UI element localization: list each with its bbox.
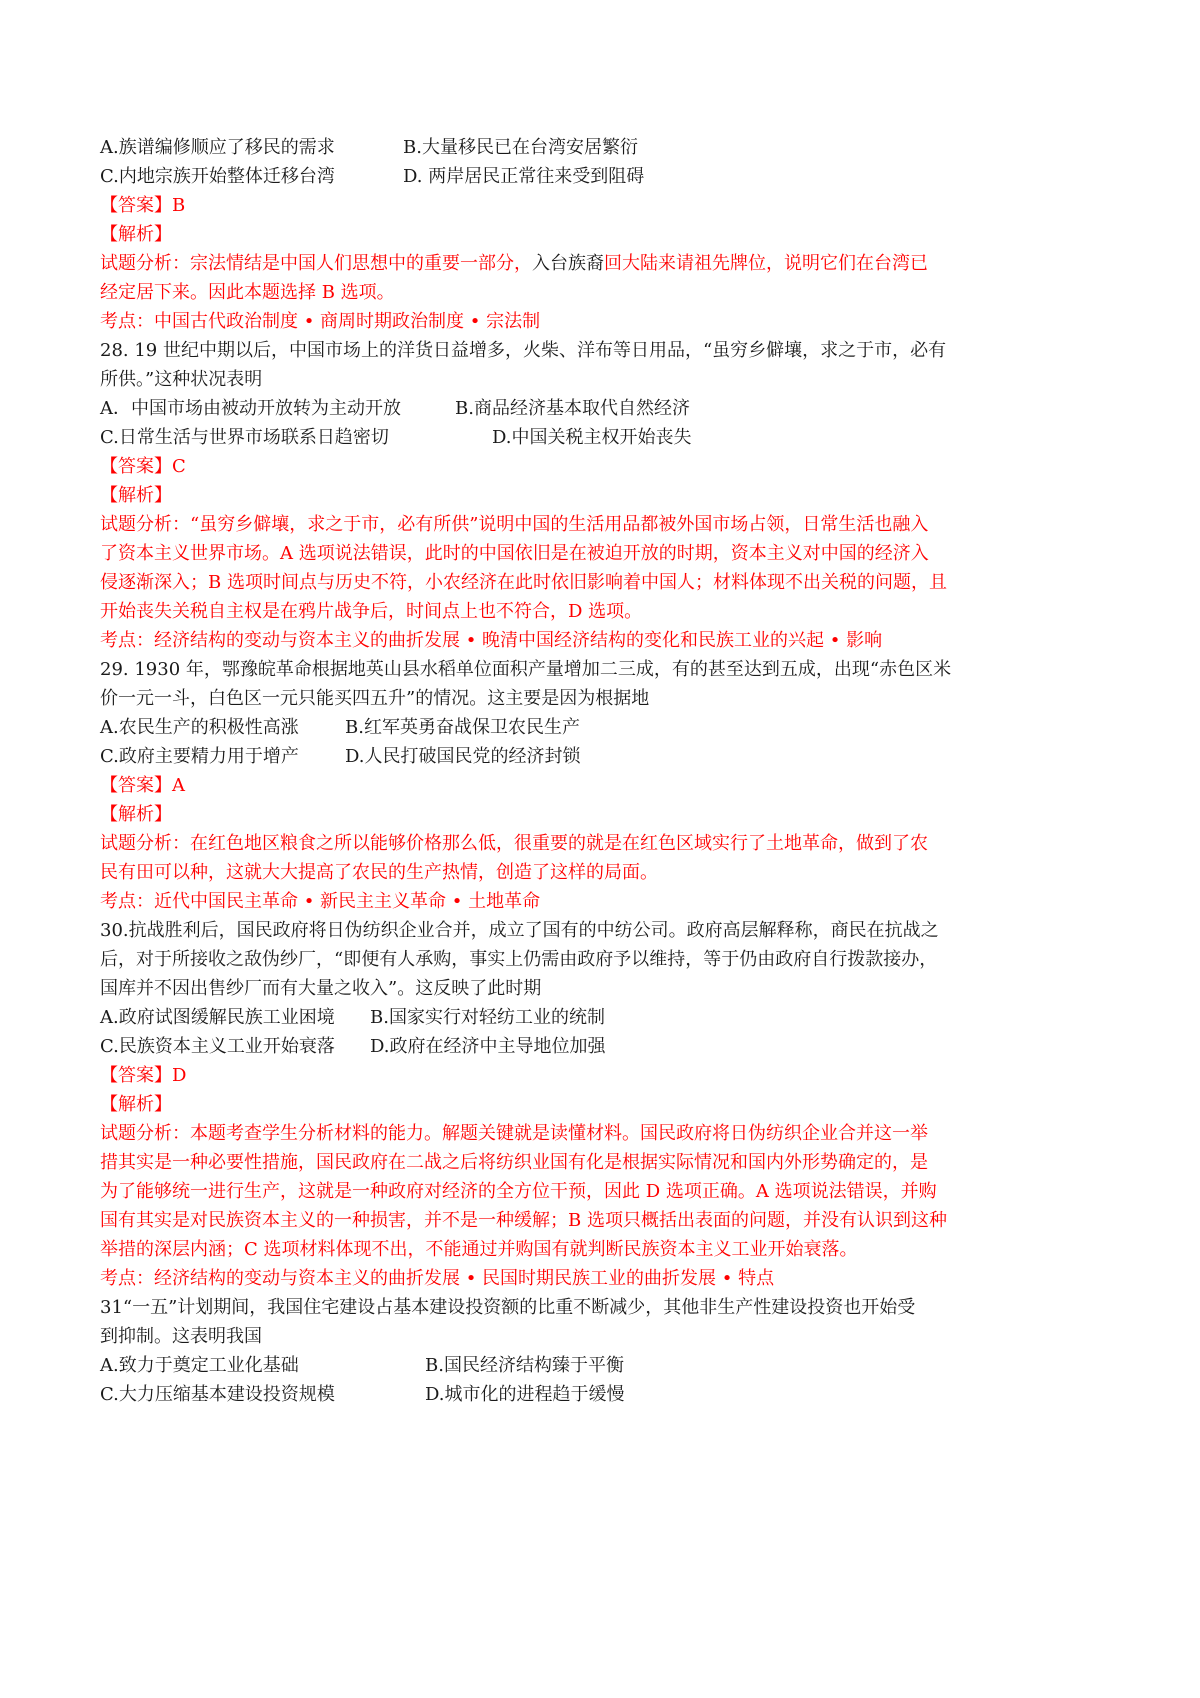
options-row-cd: C.大力压缩基本建设投资规模 D.城市化的进程趋于缓慢: [100, 1380, 1100, 1409]
option-b: B.大量移民已在台湾安居繁衍: [403, 133, 638, 162]
answer-value: B: [172, 195, 185, 216]
option-b: B.红军英勇奋战保卫农民生产: [345, 713, 580, 742]
option-a: A.致力于奠定工业化基础: [100, 1351, 425, 1380]
question-stem: 价一元一斗，白色区一元只能买四五升”的情况。这主要是因为根据地: [100, 684, 1100, 713]
option-a: A．中国市场由被动开放转为主动开放: [100, 394, 455, 423]
question-stem: 后，对于所接收之敌伪纱厂，“即便有人承购，事实上仍需由政府予以维持，等于仍由政府…: [100, 945, 1100, 974]
question-stem: 30.抗战胜利后，国民政府将日伪纺织企业合并，成立了国有的中纺公司。政府高层解释…: [100, 916, 1100, 945]
options-row-cd: C.民族资本主义工业开始衰落 D.政府在经济中主导地位加强: [100, 1032, 1100, 1061]
question-stem: 到抑制。这表明我国: [100, 1322, 1100, 1351]
options-row-ab: A.族谱编修顺应了移民的需求 B.大量移民已在台湾安居繁衍: [100, 133, 1100, 162]
option-b: B.商品经济基本取代自然经济: [455, 394, 690, 423]
analysis-line: 经定居下来。因此本题选择 B 选项。: [100, 278, 1100, 307]
option-c: C.日常生活与世界市场联系日趋密切: [100, 423, 492, 452]
answer-line: 【答案】A: [100, 771, 1100, 800]
analysis-line: 民有田可以种，这就大大提高了农民的生产热情，创造了这样的局面。: [100, 858, 1100, 887]
options-row-cd: C.内地宗族开始整体迁移台湾 D. 两岸居民正常往来受到阻碍: [100, 162, 1100, 191]
analysis-line: 举措的深层内涵；C 选项材料体现不出，不能通过并购国有就判断民族资本主义工业开始…: [100, 1235, 1100, 1264]
option-c: C.政府主要精力用于增产: [100, 742, 345, 771]
answer-value: C: [172, 456, 186, 477]
answer-line: 【答案】B: [100, 191, 1100, 220]
option-c: C.大力压缩基本建设投资规模: [100, 1380, 425, 1409]
question-30: 30.抗战胜利后，国民政府将日伪纺织企业合并，成立了国有的中纺公司。政府高层解释…: [100, 916, 1100, 1293]
option-c: C.内地宗族开始整体迁移台湾: [100, 162, 403, 191]
options-row-cd: C.日常生活与世界市场联系日趋密切 D.中国关税主权开始丧失: [100, 423, 1100, 452]
analysis-line: 试题分析：本题考查学生分析材料的能力。解题关键就是读懂材料。国民政府将日伪纺织企…: [100, 1119, 1100, 1148]
kaodian-line: 考点：经济结构的变动与资本主义的曲折发展 • 晚清中国经济结构的变化和民族工业的…: [100, 626, 1100, 655]
option-b: B.国民经济结构臻于平衡: [425, 1351, 624, 1380]
option-d: D.政府在经济中主导地位加强: [370, 1032, 606, 1061]
answer-value: D: [172, 1065, 186, 1086]
option-a: A.政府试图缓解民族工业困境: [100, 1003, 370, 1032]
analysis-text-black: 入台族裔: [532, 253, 604, 274]
analysis-line: 试题分析：宗法情结是中国人们思想中的重要一部分，入台族裔回大陆来请祖先牌位，说明…: [100, 249, 1100, 278]
analysis-line: 措其实是一种必要性措施，国民政府在二战之后将纺织业国有化是根据实际情况和国内外形…: [100, 1148, 1100, 1177]
analysis-text: 试题分析：宗法情结是中国人们思想中的重要一部分，: [100, 253, 532, 274]
option-d: D. 两岸居民正常往来受到阻碍: [403, 162, 644, 191]
analysis-line: 开始丧失关税自主权是在鸦片战争后，时间点上也不符合，D 选项。: [100, 597, 1100, 626]
analysis-line: 国有其实是对民族资本主义的一种损害，并不是一种缓解；B 选项只概括出表面的问题，…: [100, 1206, 1100, 1235]
kaodian-line: 考点：经济结构的变动与资本主义的曲折发展 • 民国时期民族工业的曲折发展 • 特…: [100, 1264, 1100, 1293]
options-row-ab: A．中国市场由被动开放转为主动开放 B.商品经济基本取代自然经济: [100, 394, 1100, 423]
option-d: D.城市化的进程趋于缓慢: [425, 1380, 625, 1409]
analysis-tag: 【解析】: [100, 481, 1100, 510]
question-stem: 28. 19 世纪中期以后，中国市场上的洋货日益增多，火柴、洋布等日用品，“虽穷…: [100, 336, 1100, 365]
answer-tag: 【答案】: [100, 195, 172, 216]
analysis-line: 侵逐渐深入；B 选项时间点与历史不符，小农经济在此时依旧影响着中国人；材料体现不…: [100, 568, 1100, 597]
kaodian-line: 考点：中国古代政治制度 • 商周时期政治制度 • 宗法制: [100, 307, 1100, 336]
question-28: 28. 19 世纪中期以后，中国市场上的洋货日益增多，火柴、洋布等日用品，“虽穷…: [100, 336, 1100, 655]
kaodian-line: 考点：近代中国民主革命 • 新民主主义革命 • 土地革命: [100, 887, 1100, 916]
options-row-ab: A.致力于奠定工业化基础 B.国民经济结构臻于平衡: [100, 1351, 1100, 1380]
option-d: D.中国关税主权开始丧失: [492, 423, 692, 452]
options-row-ab: A.农民生产的积极性高涨 B.红军英勇奋战保卫农民生产: [100, 713, 1100, 742]
answer-tag: 【答案】: [100, 1065, 172, 1086]
question-stem: 所供。”这种状况表明: [100, 365, 1100, 394]
question-29: 29. 1930 年，鄂豫皖革命根据地英山县水稻单位面积产量增加二三成，有的甚至…: [100, 655, 1100, 916]
option-b: B.国家实行对轻纺工业的统制: [370, 1003, 605, 1032]
exam-document: A.族谱编修顺应了移民的需求 B.大量移民已在台湾安居繁衍 C.内地宗族开始整体…: [100, 133, 1100, 1409]
analysis-line: 为了能够统一进行生产，这就是一种政府对经济的全方位干预，因此 D 选项正确。A …: [100, 1177, 1100, 1206]
analysis-line: 试题分析：在红色地区粮食之所以能够价格那么低，很重要的就是在红色区域实行了土地革…: [100, 829, 1100, 858]
option-a: A.族谱编修顺应了移民的需求: [100, 133, 403, 162]
analysis-tag: 【解析】: [100, 1090, 1100, 1119]
analysis-tag: 【解析】: [100, 800, 1100, 829]
question-stem: 29. 1930 年，鄂豫皖革命根据地英山县水稻单位面积产量增加二三成，有的甚至…: [100, 655, 1100, 684]
answer-line: 【答案】C: [100, 452, 1100, 481]
answer-value: A: [172, 775, 185, 796]
question-27: A.族谱编修顺应了移民的需求 B.大量移民已在台湾安居繁衍 C.内地宗族开始整体…: [100, 133, 1100, 336]
question-stem: 国库并不因出售纱厂而有大量之收入”。这反映了此时期: [100, 974, 1100, 1003]
analysis-text: 回大陆来请祖先牌位，说明它们在台湾已: [604, 253, 928, 274]
question-stem: 31“一五”计划期间，我国住宅建设占基本建设投资额的比重不断减少，其他非生产性建…: [100, 1293, 1100, 1322]
answer-line: 【答案】D: [100, 1061, 1100, 1090]
option-a: A.农民生产的积极性高涨: [100, 713, 345, 742]
options-row-ab: A.政府试图缓解民族工业困境 B.国家实行对轻纺工业的统制: [100, 1003, 1100, 1032]
answer-tag: 【答案】: [100, 775, 172, 796]
analysis-line: 试题分析：“虽穷乡僻壤，求之于市，必有所供”说明中国的生活用品都被外国市场占领，…: [100, 510, 1100, 539]
option-c: C.民族资本主义工业开始衰落: [100, 1032, 370, 1061]
analysis-line: 了资本主义世界市场。A 选项说法错误，此时的中国依旧是在被迫开放的时期，资本主义…: [100, 539, 1100, 568]
option-d: D.人民打破国民党的经济封锁: [345, 742, 581, 771]
options-row-cd: C.政府主要精力用于增产 D.人民打破国民党的经济封锁: [100, 742, 1100, 771]
question-31: 31“一五”计划期间，我国住宅建设占基本建设投资额的比重不断减少，其他非生产性建…: [100, 1293, 1100, 1409]
answer-tag: 【答案】: [100, 456, 172, 477]
analysis-tag: 【解析】: [100, 220, 1100, 249]
